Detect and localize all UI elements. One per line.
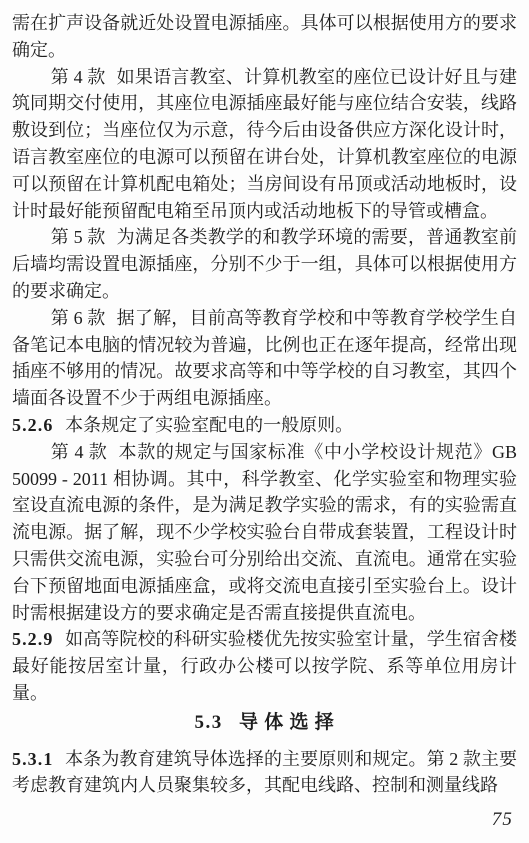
paragraph-clause-5: 第 5 款为满足各类教学的和教学环境的需要，普通教室前后墙均需设置电源插座，分别… xyxy=(12,224,517,304)
paragraph-article-5-2-6: 5.2.6本条规定了实验室配电的一般原则。 xyxy=(12,412,517,439)
paragraph-article-5-2-9: 5.2.9如高等院校的科研实验楼优先按实验室计量，学生宿舍楼最好能按居室计量，行… xyxy=(12,626,517,706)
article-number: 5.3.1 xyxy=(12,749,53,769)
paragraph-text: 本条为教育建筑导体选择的主要原则和规定。第 2 款主要考虑教育建筑内人员聚集较多… xyxy=(12,749,517,796)
paragraph-text: 本款的规定与国家标准《中小学校设计规范》GB 50099 - 2011 相协调。… xyxy=(12,442,517,623)
paragraph-clause-4: 第 4 款如果语言教室、计算机教室的座位已设计好且与建筑同期交付使用，其座位电源… xyxy=(12,64,517,225)
paragraph-text: 如高等院校的科研实验楼优先按实验室计量，学生宿舍楼最好能按居室计量，行政办公楼可… xyxy=(12,629,517,703)
document-page: { "page": { "page_number": "75", "backgr… xyxy=(0,0,529,843)
clause-label: 第 4 款 xyxy=(51,67,106,87)
paragraph-text: 如果语言教室、计算机教室的座位已设计好且与建筑同期交付使用，其座位电源插座最好能… xyxy=(12,67,517,221)
page-body-text: 需在扩声设备就近处设置电源插座。具体可以根据使用方的要求确定。 第 4 款如果语… xyxy=(12,10,517,799)
section-number: 5.3 xyxy=(194,712,222,733)
paragraph-clause-6: 第 6 款据了解，目前高等教育学校和中等教育学校学生自备笔记本电脑的情况较为普遍… xyxy=(12,305,517,412)
page-number: 75 xyxy=(492,809,513,831)
paragraph-clause-4b: 第 4 款本款的规定与国家标准《中小学校设计规范》GB 50099 - 2011… xyxy=(12,439,517,627)
paragraph-continuation: 需在扩声设备就近处设置电源插座。具体可以根据使用方的要求确定。 xyxy=(12,10,517,64)
clause-label: 第 4 款 xyxy=(51,442,108,462)
paragraph-article-5-3-1: 5.3.1本条为教育建筑导体选择的主要原则和规定。第 2 款主要考虑教育建筑内人… xyxy=(12,746,517,800)
article-number: 5.2.9 xyxy=(12,629,53,649)
article-number: 5.2.6 xyxy=(12,415,53,435)
section-title: 导 体 选 择 xyxy=(239,712,335,733)
paragraph-text: 本条规定了实验室配电的一般原则。 xyxy=(65,415,353,435)
paragraph-text: 需在扩声设备就近处设置电源插座。具体可以根据使用方的要求确定。 xyxy=(12,13,517,60)
section-heading: 5.3导 体 选 择 xyxy=(12,710,517,737)
clause-label: 第 5 款 xyxy=(51,227,106,247)
clause-label: 第 6 款 xyxy=(51,308,106,328)
